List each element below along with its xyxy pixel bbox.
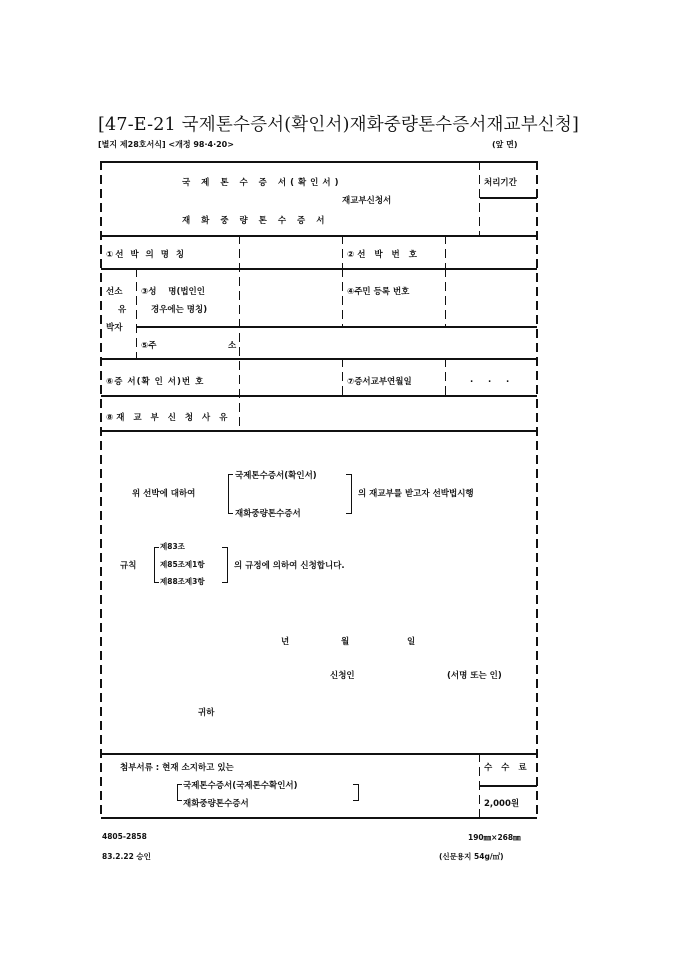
- processing-period-label: 처리기간: [484, 176, 517, 188]
- rule-bracket-tl: [154, 547, 159, 548]
- rule-bracket-bl: [154, 582, 159, 583]
- processing-period-value[interactable]: [484, 212, 534, 230]
- rule-period: [480, 197, 537, 199]
- date-year-label: 년: [281, 635, 289, 647]
- address-field[interactable]: [244, 331, 532, 355]
- paper-type: (신문용지 54g/㎡): [439, 851, 504, 862]
- rule-row3: [101, 358, 537, 360]
- rule-row4: [101, 395, 537, 397]
- resident-number-label: ④주민 등록 번호: [347, 285, 409, 297]
- attachment-item-bottom: 재화중량톤수증서: [183, 797, 249, 809]
- page-side-label: (앞 면): [492, 139, 518, 150]
- border-right: [536, 161, 538, 818]
- doc-type-suffix: 재교부신청서: [342, 194, 391, 206]
- date-month-label: 월: [341, 635, 349, 647]
- rule-article-88: 제88조제3항: [160, 576, 205, 587]
- rule-row5: [101, 430, 537, 432]
- divider-val-r1: [445, 235, 446, 268]
- date-day-label: 일: [407, 635, 415, 647]
- issue-date-label: ⑦증서교부연월일: [347, 375, 412, 387]
- attach-bracket-tl: [177, 784, 182, 785]
- certificate-number-field[interactable]: [244, 364, 339, 390]
- rule-bracket-tr: [222, 547, 227, 548]
- rule-bracket-left: [154, 547, 155, 583]
- divider-val-r4: [445, 358, 446, 395]
- rule-bracket-right: [227, 547, 228, 583]
- divider-mid-r4: [342, 358, 343, 395]
- reissue-reason-label: ⑧재 교 부 신 청 사 유: [106, 411, 230, 423]
- issue-date-field[interactable]: . . .: [470, 375, 509, 385]
- certificate-number-label: ⑥증 서(확 인 서)번 호: [106, 375, 204, 387]
- signature-label: (서명 또는 인): [447, 669, 502, 681]
- bracket-tl: [228, 474, 233, 475]
- ship-name-label: ①선 박 의 명 칭: [106, 248, 186, 260]
- owner-name-label-1: ③성 명(법인인: [141, 285, 205, 297]
- addressee-label: 귀하: [198, 706, 214, 718]
- form-number: [별지 제28호서식] <개정 98·4·20>: [98, 139, 234, 150]
- page-title: [47-E-21 국제톤수증서(확인서)재화중량톤수증서재교부신청]: [98, 111, 579, 136]
- address-label-b: 소: [228, 339, 236, 351]
- reissue-reason-field[interactable]: [244, 400, 532, 426]
- statement-doc-bottom: 재화중량톤수증서: [235, 507, 301, 519]
- owner-group-label-3: 박자: [106, 321, 122, 333]
- form-code: 4805-2858: [102, 832, 147, 841]
- divider-fee: [479, 753, 480, 817]
- rule-body-bottom: [101, 753, 537, 755]
- fee-value: 2,000원: [484, 797, 519, 809]
- divider-val-r2: [445, 268, 446, 326]
- rule-suffix: 의 규정에 의하여 신청합니다.: [234, 559, 345, 571]
- bracket-br: [346, 513, 351, 514]
- attach-bracket-tr: [353, 784, 358, 785]
- bracket-tr: [346, 474, 351, 475]
- rule-fee: [480, 785, 537, 787]
- divider-mid-r1: [342, 235, 343, 268]
- divider-mid-r2: [342, 268, 343, 326]
- attach-bracket-right: [358, 784, 359, 801]
- divider-period: [479, 161, 480, 235]
- doc-type-line2: 재 화 중 량 톤 수 증 서: [182, 214, 328, 226]
- statement-prefix: 위 선박에 대하여: [132, 487, 195, 499]
- rule-article-83: 제83조: [160, 541, 185, 552]
- statement-suffix: 의 재교부를 받고자 선박법시행: [358, 487, 474, 499]
- border-left: [100, 161, 102, 818]
- attachment-item-top: 국제톤수증서(국제톤수확인서): [183, 779, 298, 791]
- rule-row1: [101, 268, 537, 270]
- rule-top: [101, 161, 537, 163]
- owner-group-label-2: 유: [118, 303, 126, 315]
- owner-name-label-2: 경우에는 명칭): [151, 303, 207, 315]
- divider-owner-group: [136, 268, 137, 358]
- ship-number-label: ②선 박 번 호: [347, 248, 420, 260]
- owner-group-label-1: 선소: [106, 285, 122, 297]
- attach-bracket-left: [177, 784, 178, 801]
- resident-number-field[interactable]: [450, 274, 532, 322]
- approval-date: 83.2.22 승인: [102, 851, 151, 862]
- bracket-bl: [228, 513, 233, 514]
- rule-label: 규칙: [120, 559, 136, 571]
- attach-bracket-bl: [177, 800, 182, 801]
- bracket-left: [228, 474, 229, 514]
- attach-bracket-br: [353, 800, 358, 801]
- statement-doc-top: 국제톤수증서(확인서): [235, 469, 317, 481]
- rule-bottom: [101, 817, 537, 819]
- rule-header-bottom: [101, 235, 537, 237]
- ship-number-field[interactable]: [450, 240, 532, 264]
- attachments-label: 첨부서류 : 현재 소지하고 있는: [120, 761, 234, 773]
- fee-label: 수 수 료: [484, 761, 530, 773]
- ship-name-field[interactable]: [244, 240, 339, 264]
- rule-bracket-br: [222, 582, 227, 583]
- bracket-right: [351, 474, 352, 514]
- paper-size: 190㎜×268㎜: [468, 832, 521, 843]
- rule-article-85: 제85조제1항: [160, 559, 205, 570]
- owner-name-field[interactable]: [244, 274, 339, 322]
- rule-owner-mid: [136, 326, 537, 328]
- address-label-a: ⑤주: [141, 339, 156, 351]
- applicant-label: 신청인: [330, 669, 355, 681]
- divider-label-col: [239, 235, 240, 430]
- doc-type-line1: 국 제 톤 수 증 서(확인서): [182, 176, 342, 188]
